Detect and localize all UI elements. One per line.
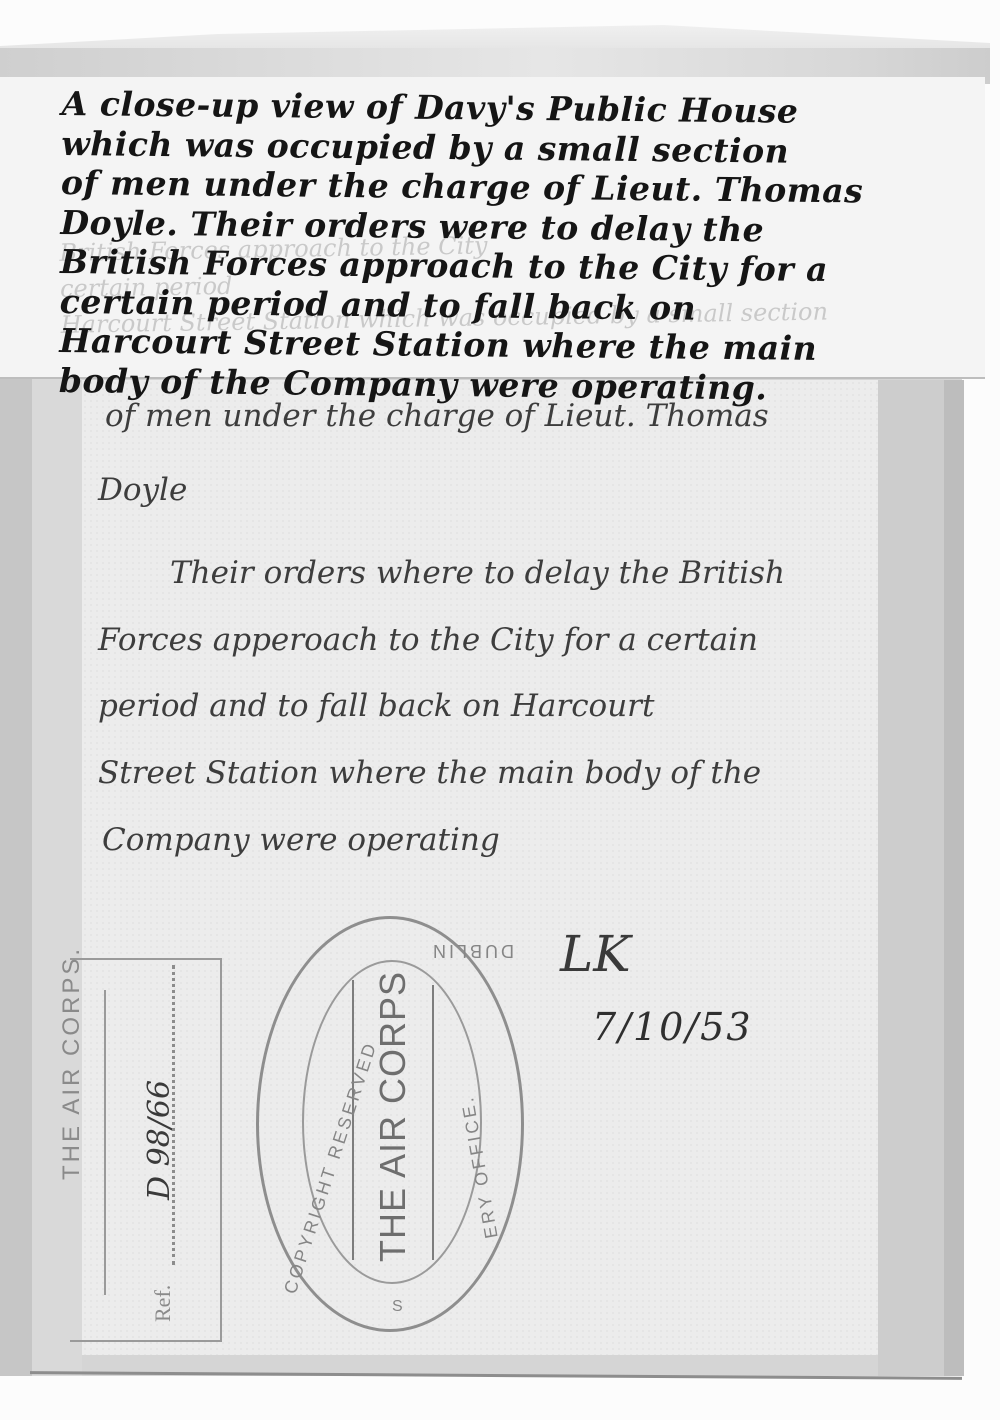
oval-stamp-bottom-letter: S (392, 1298, 403, 1316)
letter-line: Company were operating (102, 822, 500, 858)
caption-text: A close-up view of Davy's Public House w… (59, 84, 977, 410)
envelope-right-edge (944, 380, 964, 1376)
oval-stamp-center-text: THE AIR CORPS (372, 971, 414, 1262)
letter-line: period and to fall back on Harcourt (98, 688, 654, 724)
letter-line: Street Station where the main body of th… (98, 755, 761, 791)
oval-stamp-bar-right (432, 985, 434, 1260)
reference-stamp-org: THE AIR CORPS. (58, 840, 88, 1180)
signature-initials: LK (560, 925, 631, 983)
envelope-right-margin (878, 380, 946, 1376)
letter-line: Doyle (98, 472, 187, 508)
letter-line: Forces apperoach to the City for a certa… (98, 622, 758, 658)
reference-label: Ref. (150, 1285, 176, 1322)
reference-number: D 98/66 (142, 1080, 177, 1200)
reference-stamp-divider (104, 990, 106, 1295)
letter-date: 7/10/53 (592, 1005, 753, 1049)
letter-line: Their orders where to delay the British (170, 555, 785, 591)
oval-stamp-dublin-text: DUBLIN (430, 940, 514, 961)
